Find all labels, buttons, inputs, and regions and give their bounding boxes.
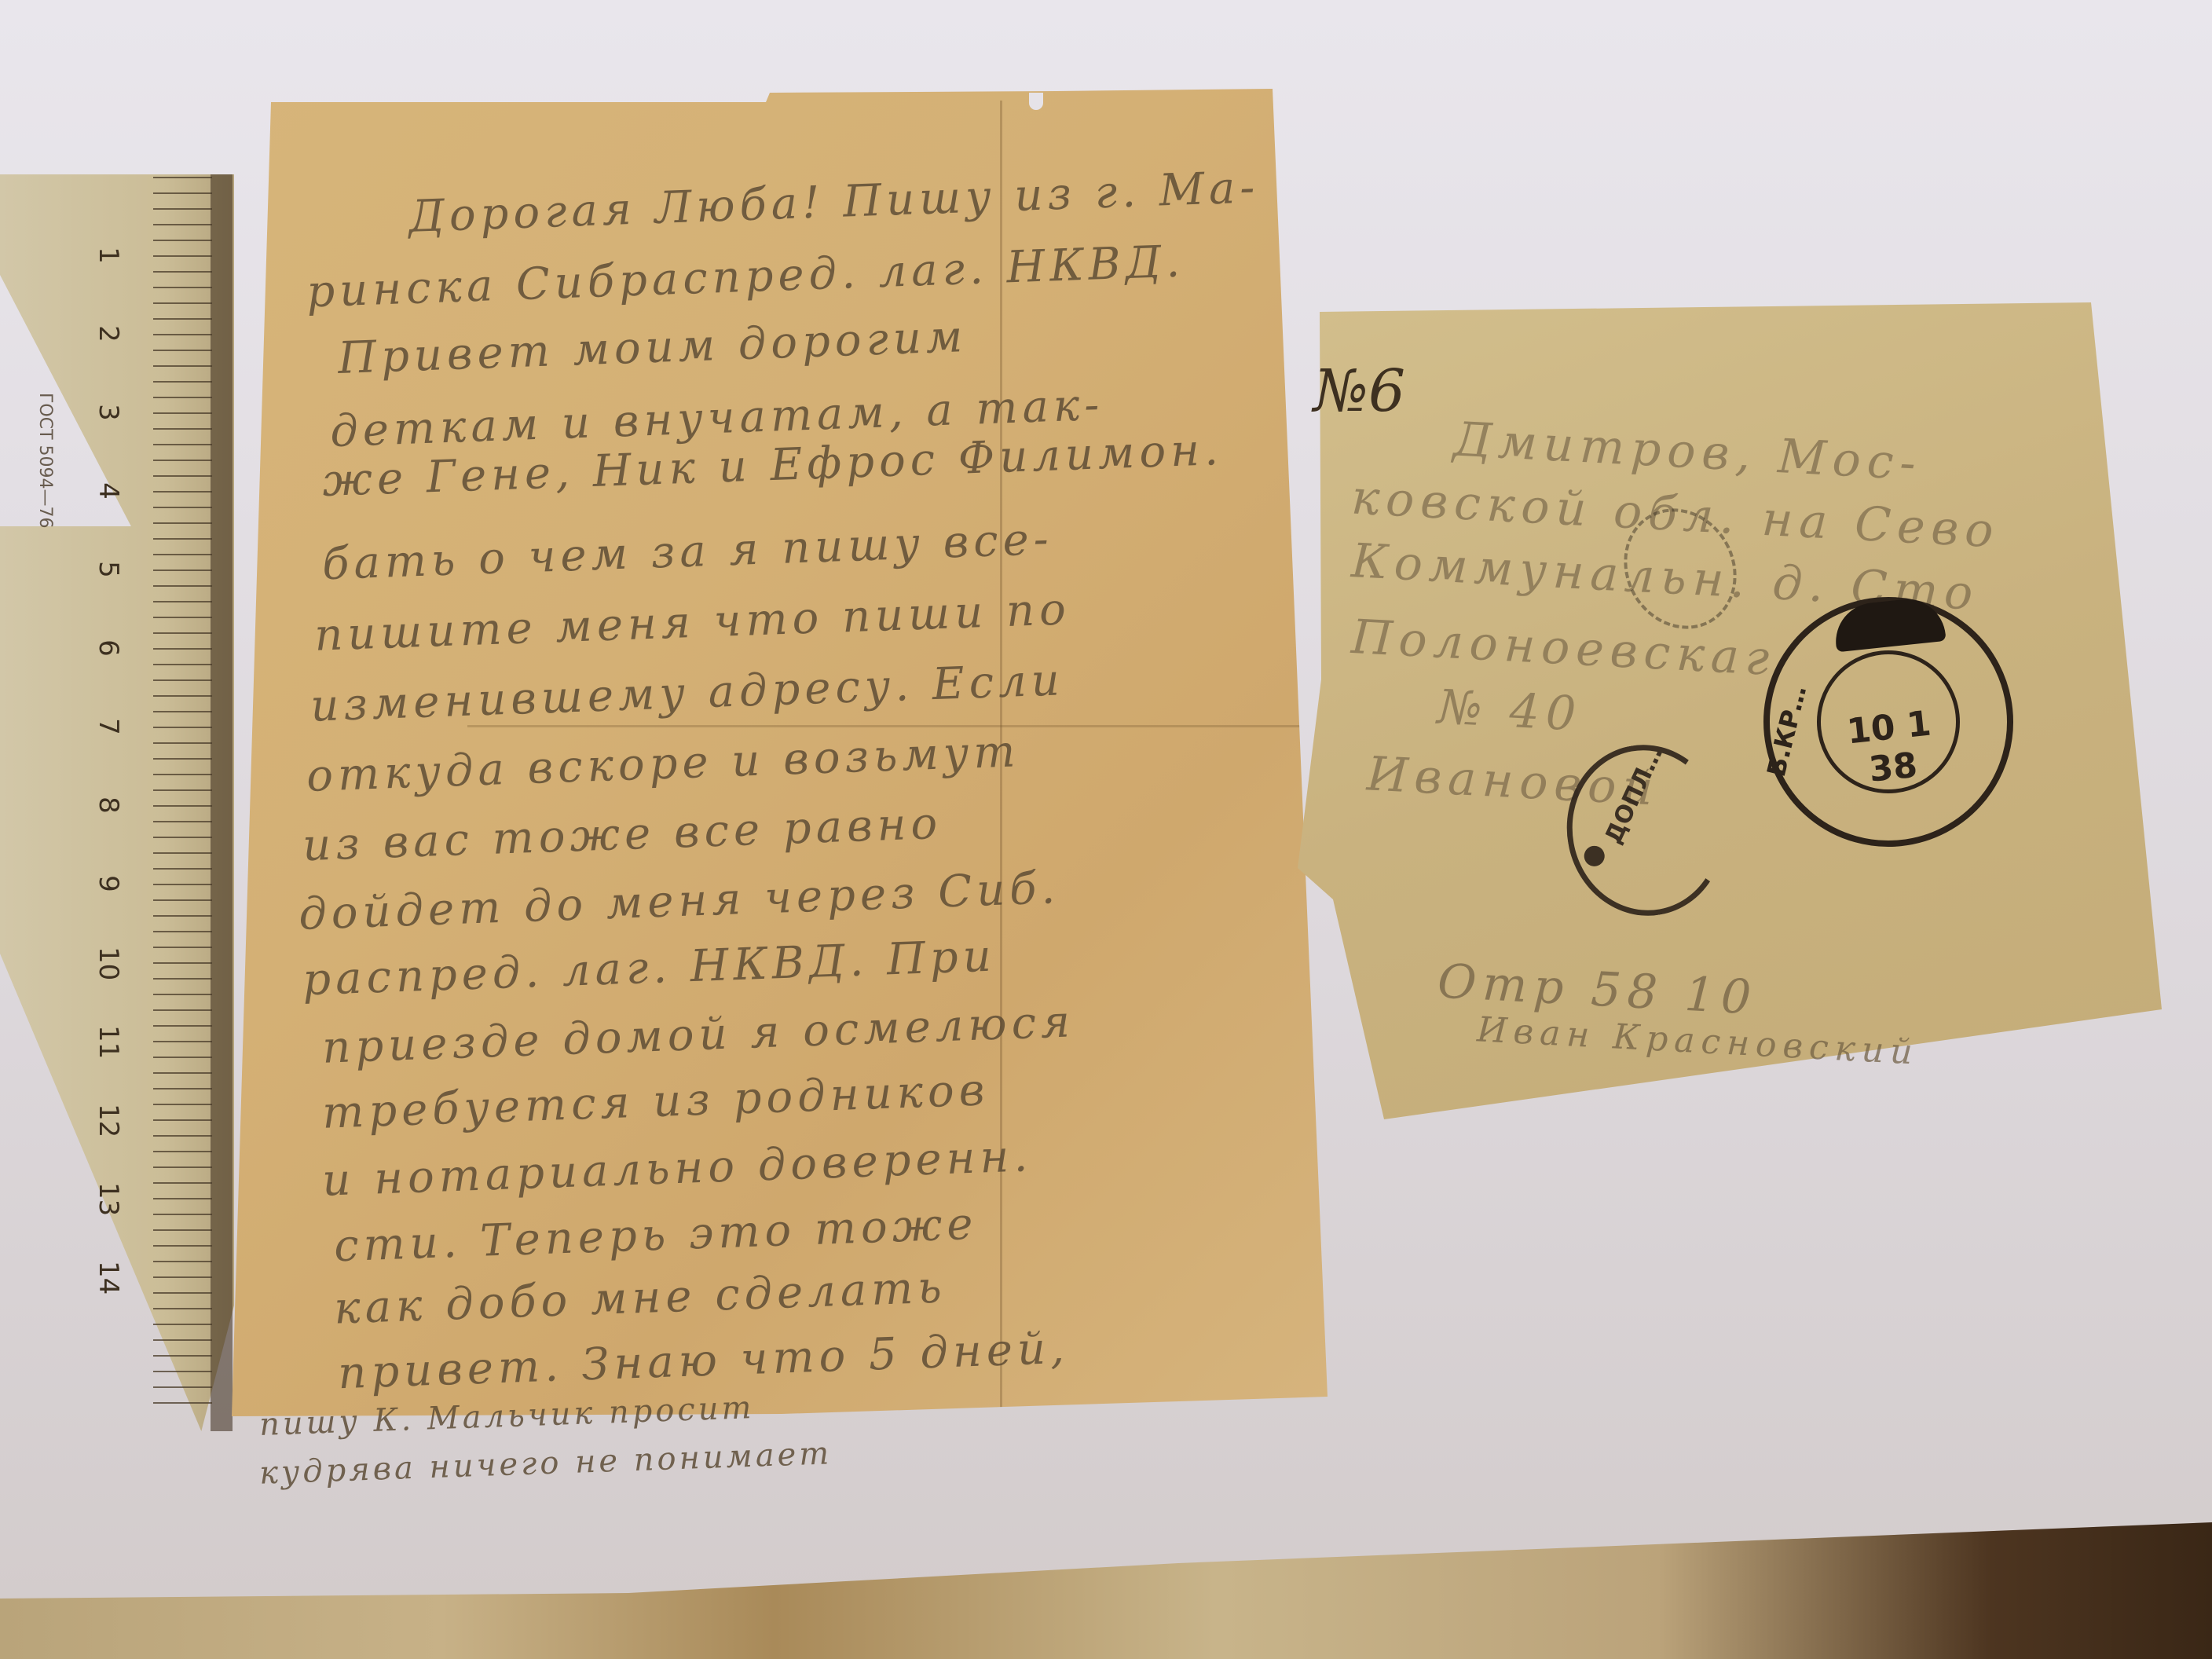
oval-postmark-text: ДОПЛ… <box>1599 742 1668 848</box>
postmark-ring-text: Б.КР… <box>1761 683 1812 780</box>
ruler-marking: ГОСТ 5094—76 <box>35 393 55 529</box>
letter-tear-notch <box>1029 93 1043 110</box>
ruler-scale-ticks <box>153 177 212 1418</box>
envelope-number: №6 <box>1313 357 1405 425</box>
ruler-number: 11 <box>93 1025 124 1057</box>
ruler-number: 13 <box>93 1182 124 1214</box>
ruler-number: 7 <box>93 711 124 742</box>
postmark-inner-circle: 10 1 38 <box>1810 643 1967 800</box>
envelope-address-line: № 40 <box>1436 679 1584 742</box>
ruler-number: 12 <box>93 1104 124 1135</box>
postmark-ink-blot <box>1832 595 1946 652</box>
ruler-number: 10 <box>93 947 124 978</box>
ruler-number: 5 <box>93 554 124 585</box>
ruler-number: 9 <box>93 868 124 899</box>
ruler-number: 2 <box>93 318 124 350</box>
ruler-number: 8 <box>93 789 124 821</box>
ruler-number: 3 <box>93 397 124 428</box>
ruler-number: 4 <box>93 475 124 507</box>
ruler-edge-shadow <box>211 174 233 1431</box>
ruler-number: 1 <box>93 240 124 271</box>
ruler-number: 6 <box>93 632 124 664</box>
ruler-number: 14 <box>93 1261 124 1292</box>
postmark-date: 10 1 38 <box>1820 701 1963 794</box>
oval-postmark-dot <box>1583 844 1606 868</box>
